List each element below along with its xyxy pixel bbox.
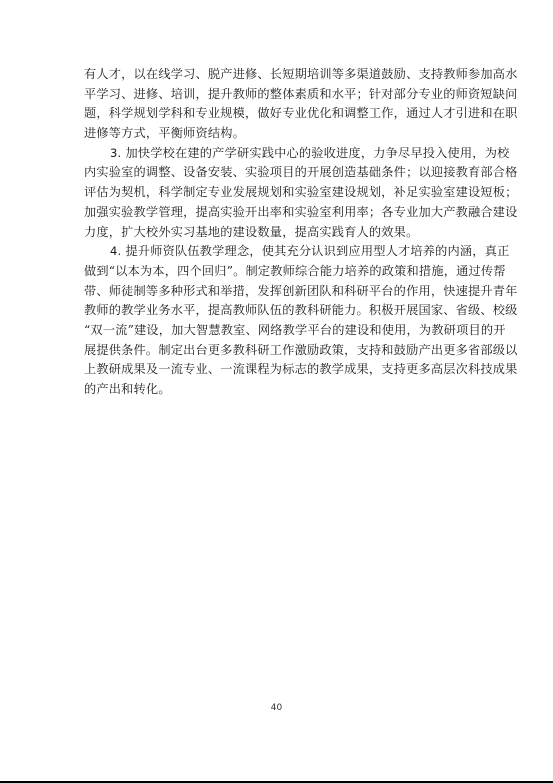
text-line: 教师的教学业务水平，提高教师队伍的教科研能力。积极开展国家、省级、校级 — [84, 301, 471, 321]
text-line: 3. 加快学校在建的产学研实践中心的验收进度，力争尽早投入使用，为校 — [84, 144, 471, 164]
text-line: 内实验室的调整、设备安装、实验项目的开展创造基础条件；以迎接教育部合格 — [84, 163, 471, 183]
document-page: 有人才，以在线学习、脱产进修、长短期培训等多渠道鼓励、支持教师参加高水 平学习、… — [0, 0, 553, 780]
text-line-content: 提升师资队伍教学理念，使其充分认识到应用型人才培养的内涵，真正 — [125, 244, 509, 258]
text-line: 展提供条件。制定出台更多教科研工作激励政策，支持和鼓励产出更多省部级以 — [84, 341, 471, 361]
body-text: 有人才，以在线学习、脱产进修、长短期培训等多渠道鼓励、支持教师参加高水 平学习、… — [84, 65, 471, 400]
text-line: 加强实验教学管理，提高实验开出率和实验室利用率；各专业加大产教融合建设 — [84, 203, 471, 223]
text-line: 4. 提升师资队伍教学理念，使其充分认识到应用型人才培养的内涵，真正 — [84, 242, 471, 262]
item-number: 3. — [110, 146, 121, 160]
paragraph-item-3: 3. 加快学校在建的产学研实践中心的验收进度，力争尽早投入使用，为校 内实验室的… — [84, 144, 471, 242]
text-line: 评估为契机，科学制定专业发展规划和实验室建设规划，补足实验室建设短板； — [84, 183, 471, 203]
item-number: 4. — [110, 244, 121, 258]
text-line: 带、师徒制等多种形式和举措，发挥创新团队和科研平台的作用，快速提升青年 — [84, 282, 471, 302]
paragraph-continuation: 有人才，以在线学习、脱产进修、长短期培训等多渠道鼓励、支持教师参加高水 平学习、… — [84, 65, 471, 144]
text-line: 平学习、进修、培训，提升教师的整体素质和水平；针对部分专业的师资短缺问 — [84, 85, 471, 105]
text-line: 力度，扩大校外实习基地的建设数量，提高实践育人的效果。 — [84, 223, 471, 243]
text-line: 的产出和转化。 — [84, 380, 471, 400]
text-line: 上教研成果及一流专业、一流课程为标志的教学成果，支持更多高层次科技成果 — [84, 360, 471, 380]
text-line-content: 加快学校在建的产学研实践中心的验收进度，力争尽早投入使用，为校 — [125, 146, 509, 160]
text-line: 做到“以本为本，四个回归”。制定教师综合能力培养的政策和措施，通过传帮 — [84, 262, 471, 282]
text-line: 题，科学规划学科和专业规模，做好专业优化和调整工作，通过人才引进和在职 — [84, 104, 471, 124]
text-line: 进修等方式，平衡师资结构。 — [84, 124, 471, 144]
paragraph-item-4: 4. 提升师资队伍教学理念，使其充分认识到应用型人才培养的内涵，真正 做到“以本… — [84, 242, 471, 400]
text-line: 有人才，以在线学习、脱产进修、长短期培训等多渠道鼓励、支持教师参加高水 — [84, 65, 471, 85]
text-line: “双一流”建设，加大智慧教室、网络教学平台的建设和使用，为教研项目的开 — [84, 321, 471, 341]
page-number: 40 — [0, 703, 553, 713]
